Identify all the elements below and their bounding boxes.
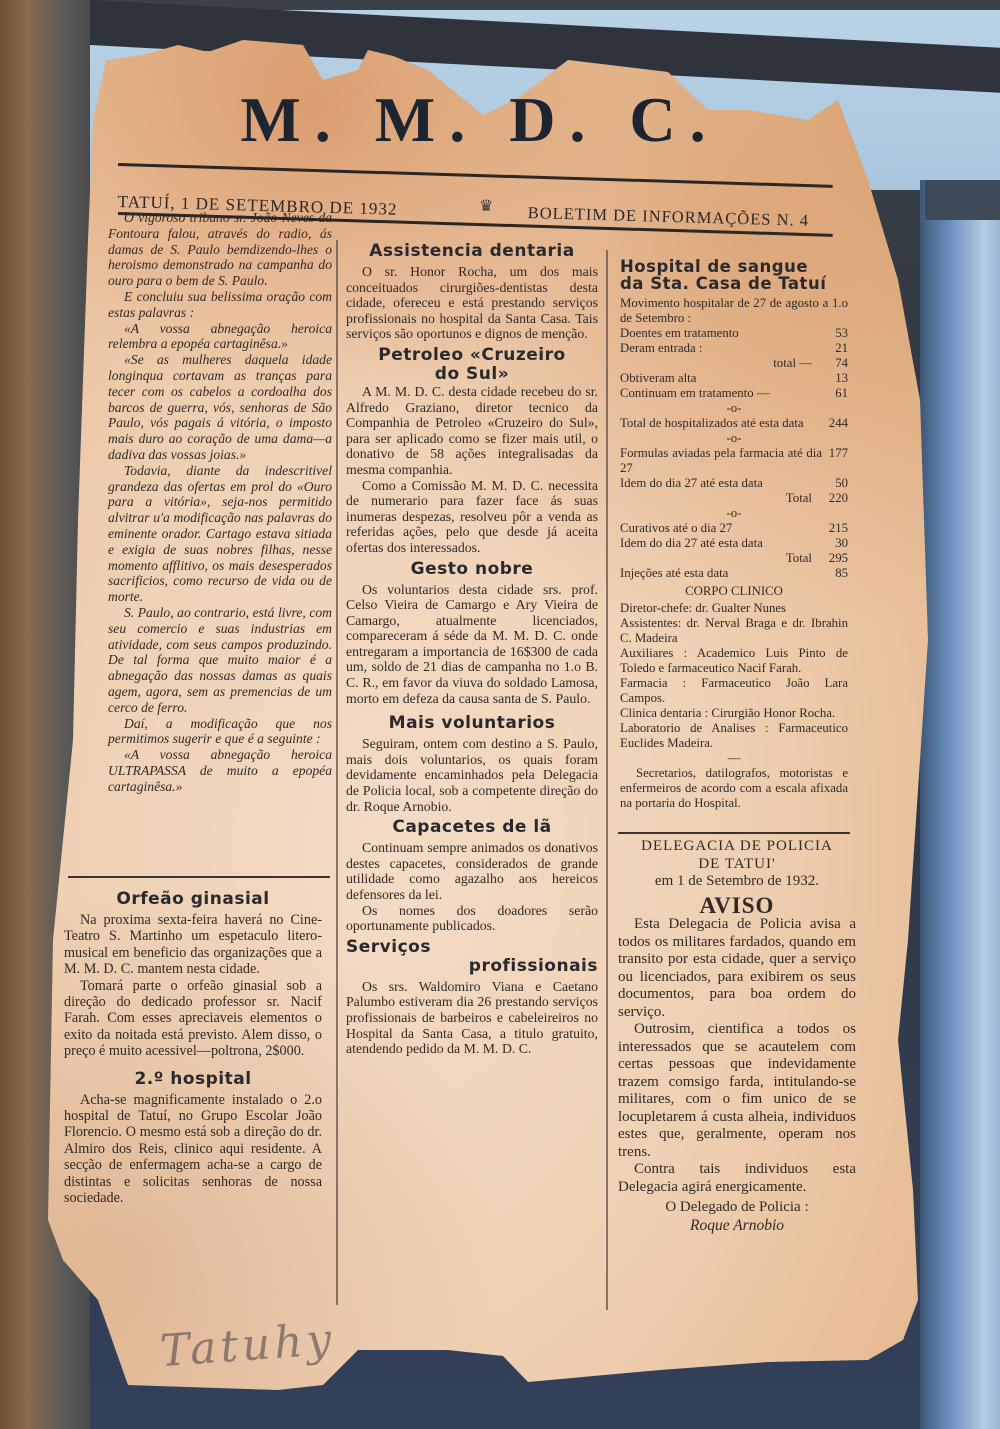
stat-label: Total [786, 551, 812, 566]
column-1: O vigoroso tribuno sr. João Neves da Fon… [108, 210, 332, 794]
heading-line: Petroleo «Cruzeiro [378, 345, 565, 365]
stat-value: 50 [822, 476, 848, 491]
heading-hospital-sangue: Hospital de sangue da Sta. Casa de Tatuí [620, 258, 848, 292]
masthead-title: M. M. D. C. [200, 88, 760, 152]
stat-label: Total [786, 491, 812, 506]
paragraph: Secretarios, datilografos, motoristas e … [620, 766, 848, 811]
column-2: Assistencia dentaria O sr. Honor Rocha, … [346, 238, 598, 1057]
stat-label: Total de hospitalizados até esta data [620, 416, 804, 431]
heading-dentaria: Assistencia dentaria [346, 242, 598, 261]
stat-label: Formulas aviadas pela farmacia até dia 2… [620, 446, 822, 476]
movimento-intro: Movimento hospitalar de 27 de agosto a 1… [620, 296, 848, 326]
column-divider-1 [336, 240, 338, 1305]
police-date: em 1 de Setembro de 1932. [618, 873, 856, 891]
paragraph: A M. M. D. C. desta cidade recebeu do sr… [346, 384, 598, 478]
stat-value: 244 [822, 416, 848, 431]
heading-voluntarios: Mais voluntarios [346, 714, 598, 733]
paragraph: Daí, a modificação que nos permitimos su… [108, 716, 332, 748]
stat-label: Idem do dia 27 até esta data [620, 536, 763, 551]
column-1-lower: Orfeão ginasial Na proxima sexta-feira h… [64, 886, 322, 1207]
paragraph: Continuam sempre animados os donativos d… [346, 840, 598, 902]
heading-servicos-2: profissionais [346, 957, 598, 976]
stat-label: Continuam em tratamento — [620, 386, 770, 401]
paragraph: «A vossa abnegação heroica relembra a ep… [108, 321, 332, 353]
column-divider-2 [606, 250, 608, 1310]
stat-row: Idem do dia 27 até esta data30 [620, 536, 848, 551]
background-right-frame [920, 180, 1000, 1429]
delegado-label: O Delegado de Policia : [618, 1199, 856, 1217]
separator: — [620, 751, 848, 766]
stat-row: Formulas aviadas pela farmacia até dia 2… [620, 446, 848, 476]
staff-entry: Laboratorio de Analises : Farmaceutico E… [620, 721, 848, 751]
staff-entry: Clinica dentaria : Cirurgião Honor Rocha… [620, 706, 848, 721]
heading-servicos: Serviços [346, 938, 598, 957]
paragraph: O vigoroso tribuno sr. João Neves da Fon… [108, 210, 332, 289]
stat-value: 53 [822, 326, 848, 341]
delegado-signature: Roque Arnobio [618, 1217, 856, 1235]
separator: -o- [620, 401, 848, 416]
curativos-stats: Curativos até o dia 27215Idem do dia 27 … [620, 521, 848, 551]
separator: -o- [620, 431, 848, 446]
stat-label: Deram entrada : [620, 341, 702, 356]
heading-line: da Sta. Casa de Tatuí [620, 274, 826, 293]
staff-entry: Farmacia : Farmaceutico João Lara Campos… [620, 676, 848, 706]
paragraph: «Se as mulheres daquela idade longinqua … [108, 352, 332, 463]
stat-value: 215 [822, 521, 848, 536]
paragraph: Os voluntarios desta cidade srs. prof. C… [346, 582, 598, 707]
stat-label: total — [773, 356, 812, 371]
stat-label: Obtiveram alta [620, 371, 696, 386]
paragraph: Seguiram, ontem com destino a S. Paulo, … [346, 736, 598, 814]
stat-row: Curativos até o dia 27215 [620, 521, 848, 536]
hospital-stats: Doentes em tratamento53Deram entrada :21… [620, 326, 848, 401]
aviso-heading: AVISO [618, 897, 856, 915]
stat-total-row: Total220 [620, 491, 848, 506]
staff-entry: Auxiliares : Academico Luis Pinto de Tol… [620, 646, 848, 676]
stat-value: 295 [822, 551, 848, 566]
stat-row: Total de hospitalizados até esta data244 [620, 416, 848, 431]
formulas-stats: Formulas aviadas pela farmacia até dia 2… [620, 446, 848, 491]
stat-value: 220 [822, 491, 848, 506]
paragraph: Contra tais individuos esta Delegacia ag… [618, 1161, 856, 1196]
stat-value: 61 [822, 386, 848, 401]
paragraph: E concluiu sua belissima oração com esta… [108, 289, 332, 321]
paragraph: Acha-se magnificamente instalado o 2.o h… [64, 1092, 322, 1207]
paragraph: «A vossa abnegação heroica ULTRAPASSA de… [108, 747, 332, 794]
heading-orfeao: Orfeão ginasial [64, 890, 322, 909]
paragraph: Esta Delegacia de Policia avisa a todos … [618, 916, 856, 1021]
column-3: Hospital de sangue da Sta. Casa de Tatuí… [620, 258, 848, 811]
stat-row: Injeções até esta data85 [620, 566, 848, 581]
stat-value: 177 [822, 446, 848, 476]
paragraph: Os nomes dos doadores serão oportunament… [346, 903, 598, 934]
stat-row: Doentes em tratamento53 [620, 326, 848, 341]
paragraph: Outrosim, cientifica a todos os interess… [618, 1021, 856, 1161]
background-right-bar [925, 180, 1000, 220]
paragraph: Os srs. Waldomiro Viana e Caetano Palumb… [346, 979, 598, 1057]
stat-label: Injeções até esta data [620, 566, 728, 581]
paragraph: S. Paulo, ao contrario, está livre, com … [108, 605, 332, 716]
stat-total-row: Total295 [620, 551, 848, 566]
stat-row: Idem do dia 27 até esta data50 [620, 476, 848, 491]
stat-label: Curativos até o dia 27 [620, 521, 732, 536]
heading-gesto-nobre: Gesto nobre [346, 560, 598, 579]
corpo-clinico-list: Diretor-chefe: dr. Gualter NunesAssisten… [620, 601, 848, 751]
section-rule [68, 876, 330, 878]
section-rule [618, 832, 850, 834]
paragraph: Todavia, diante da indescritivel grandez… [108, 463, 332, 605]
heading-line: do Sul» [435, 364, 509, 384]
staff-entry: Diretor-chefe: dr. Gualter Nunes [620, 601, 848, 616]
article-radio-speech: O vigoroso tribuno sr. João Neves da Fon… [108, 210, 332, 794]
heading-capacetes: Capacetes de lã [346, 818, 598, 837]
separator: -o- [620, 506, 848, 521]
stat-label: Idem do dia 27 até esta data [620, 476, 763, 491]
stat-value: 74 [822, 356, 848, 371]
stat-value: 21 [822, 341, 848, 356]
stat-value: 13 [822, 371, 848, 386]
stat-row: total —74 [620, 356, 848, 371]
stat-row: Continuam em tratamento —61 [620, 386, 848, 401]
stat-row: Deram entrada :21 [620, 341, 848, 356]
heading-corpo-clinico: CORPO CLINICO [620, 584, 848, 599]
stat-row: Obtiveram alta13 [620, 371, 848, 386]
heading-2nd-hospital: 2.º hospital [64, 1070, 322, 1089]
stat-value: 30 [822, 536, 848, 551]
police-heading: DE TATUI' [618, 856, 856, 874]
stat-label: Doentes em tratamento [620, 326, 739, 341]
police-heading: DELEGACIA DE POLICIA [618, 838, 856, 856]
stat-value: 85 [822, 566, 848, 581]
staff-entry: Assistentes: dr. Nerval Braga e dr. Ibra… [620, 616, 848, 646]
emblem-icon: ♛ [479, 196, 493, 216]
paragraph: Tomará parte o orfeão ginasial sob a dir… [64, 978, 322, 1060]
police-notice: DELEGACIA DE POLICIA DE TATUI' em 1 de S… [618, 838, 856, 1234]
paragraph: Como a Comissão M. M. D. C. necessita de… [346, 478, 598, 556]
paragraph: Na proxima sexta-feira haverá no Cine-Te… [64, 912, 322, 978]
heading-petroleo: Petroleo «Cruzeiro do Sul» [346, 346, 598, 384]
paragraph: O sr. Honor Rocha, um dos mais conceitua… [346, 264, 598, 342]
